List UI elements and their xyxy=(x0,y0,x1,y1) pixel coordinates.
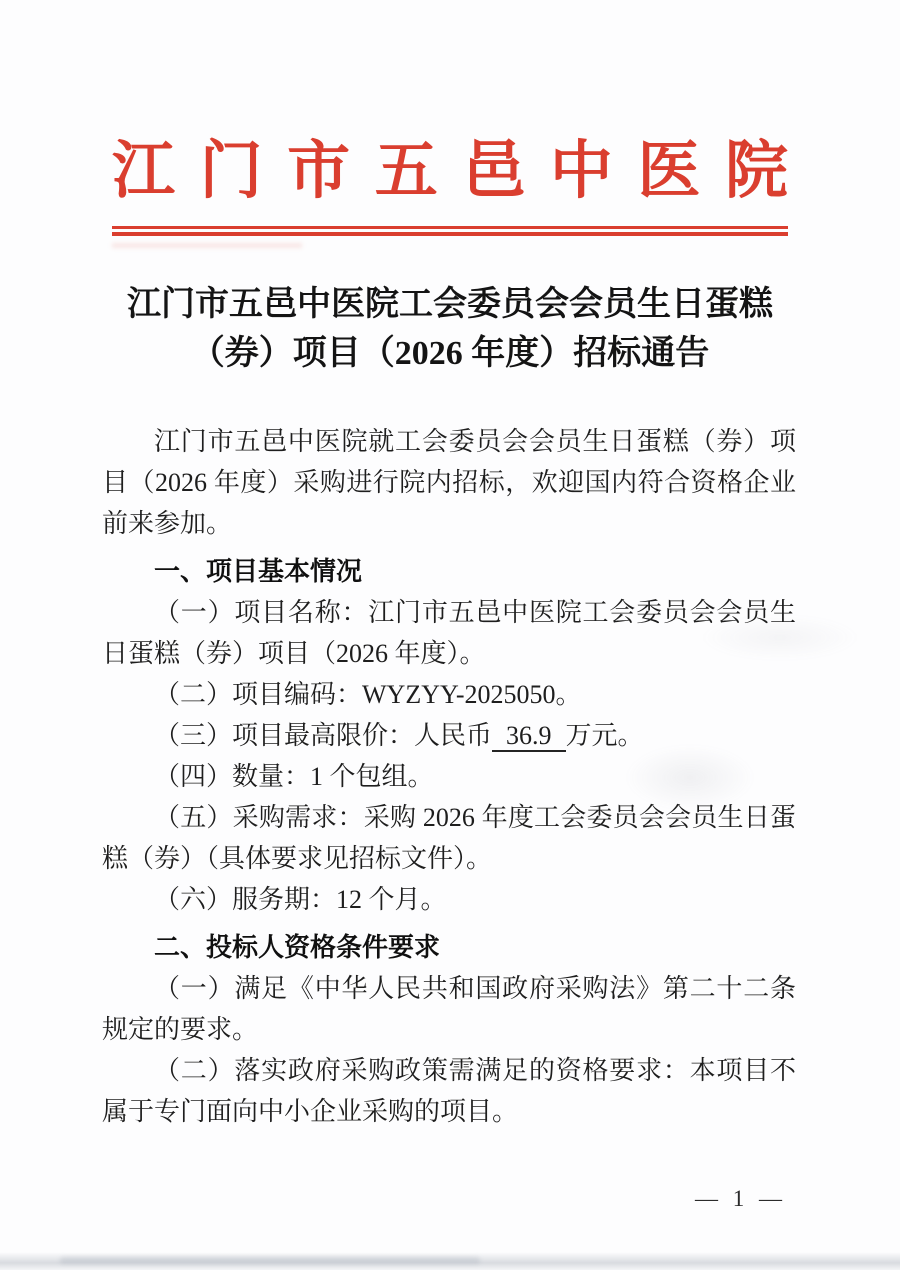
item-max-price-prefix: （三）项目最高限价：人民币 xyxy=(154,721,492,750)
document-title-line1: 江门市五邑中医院工会委员会会员生日蛋糕 xyxy=(60,280,840,329)
item-qualification-2: （二）落实政府采购政策需满足的资格要求：本项目不属于专门面向中小企业采购的项目。 xyxy=(102,1050,796,1132)
item-service-period: （六）服务期：12 个月。 xyxy=(102,879,796,920)
item-qualification-1: （一）满足《中华人民共和国政府采购法》第二十二条规定的要求。 xyxy=(102,968,796,1050)
max-price-value: 36.9 xyxy=(492,721,566,752)
document-title-line2: （券）项目（2026 年度）招标通告 xyxy=(60,329,840,378)
scan-artifact-rule-ghost xyxy=(112,243,302,248)
letterhead-org-name: 江门市五邑中医院 xyxy=(112,132,788,210)
scan-edge-shadow xyxy=(60,1257,480,1264)
section2-heading: 二、投标人资格条件要求 xyxy=(102,927,796,968)
document-page: 江门市五邑中医院 江门市五邑中医院工会委员会会员生日蛋糕 （券）项目（2026 … xyxy=(0,0,900,1270)
scan-artifact-bleedthrough xyxy=(700,615,860,660)
scan-artifact-bleedthrough xyxy=(625,745,755,810)
page-number: — 1 — xyxy=(695,1186,782,1212)
letterhead-rule xyxy=(112,226,788,236)
item-project-code: （二）项目编码：WYZYY-2025050。 xyxy=(102,674,796,715)
document-title: 江门市五邑中医院工会委员会会员生日蛋糕 （券）项目（2026 年度）招标通告 xyxy=(60,280,840,378)
item-project-name: （一）项目名称：江门市五邑中医院工会委员会会员生日蛋糕（券）项目（2026 年度… xyxy=(102,592,796,674)
intro-paragraph: 江门市五邑中医院就工会委员会会员生日蛋糕（券）项目（2026 年度）采购进行院内… xyxy=(102,421,796,544)
section1-heading: 一、项目基本情况 xyxy=(102,551,796,592)
